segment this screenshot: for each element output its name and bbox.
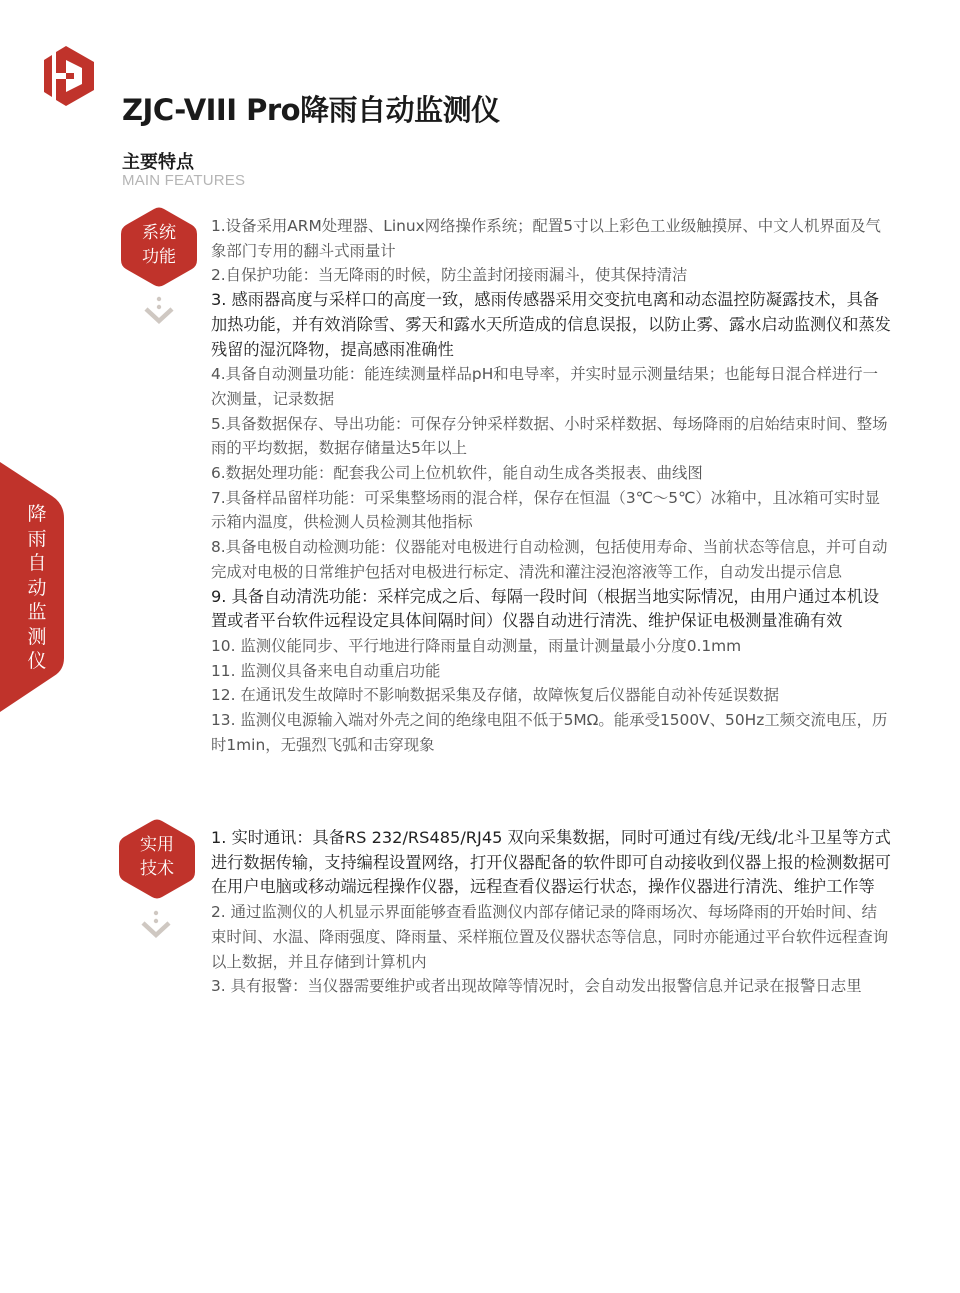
side-tab-char: 动	[22, 576, 52, 601]
system-functions-list: 1.设备采用ARM处理器、Linux网络操作系统；配置5寸以上彩色工业级触摸屏、…	[211, 214, 891, 757]
badge-label-line2: 功能	[121, 245, 197, 269]
feature-item: 9. 具备自动清洗功能：采样完成之后、每隔一段时间（根据当地实际情况，由用户通过…	[211, 585, 891, 634]
side-tab-char: 雨	[22, 527, 52, 552]
badge-label-line2: 技术	[119, 857, 195, 881]
chevron-down-icon	[142, 294, 176, 328]
badge-system-functions: 系统 功能	[121, 207, 197, 287]
feature-item: 2. 通过监测仪的人机显示界面能够查看监测仪内部存储记录的降雨场次、每场降雨的开…	[211, 900, 891, 974]
section-heading: 主要特点	[122, 148, 194, 174]
side-tab-label: 降雨自动监测仪	[22, 502, 52, 674]
feature-item: 10. 监测仪能同步、平行地进行降雨量自动测量，雨量计测量最小分度0.1mm	[211, 634, 891, 659]
badge-label-line1: 系统	[121, 221, 197, 245]
feature-item: 1. 实时通讯：具备RS 232/RS485/RJ45 双向采集数据，同时可通过…	[211, 826, 891, 900]
feature-item: 12. 在通讯发生故障时不影响数据采集及存储，故障恢复后仪器能自动补传延误数据	[211, 683, 891, 708]
feature-item: 4.具备自动测量功能：能连续测量样品pH和电导率，并实时显示测量结果；也能每日混…	[211, 362, 891, 411]
side-tab-char: 监	[22, 600, 52, 625]
feature-item: 5.具备数据保存、导出功能：可保存分钟采样数据、小时采样数据、每场降雨的启始结束…	[211, 412, 891, 461]
feature-item: 7.具备样品留样功能：可采集整场雨的混合样，保存在恒温（3℃～5℃）冰箱中，且冰…	[211, 486, 891, 535]
badge-practical-tech: 实用 技术	[119, 819, 195, 899]
feature-item: 1.设备采用ARM处理器、Linux网络操作系统；配置5寸以上彩色工业级触摸屏、…	[211, 214, 891, 263]
feature-item: 2.自保护功能：当无降雨的时候，防尘盖封闭接雨漏斗，使其保持清洁	[211, 263, 891, 288]
practical-tech-list: 1. 实时通讯：具备RS 232/RS485/RJ45 双向采集数据，同时可通过…	[211, 826, 891, 999]
badge-label-line1: 实用	[119, 833, 195, 857]
chevron-down-icon	[139, 908, 173, 942]
brand-logo-icon	[42, 46, 96, 106]
section-subheading: MAIN FEATURES	[122, 172, 245, 189]
feature-item: 6.数据处理功能：配套我公司上位机软件，能自动生成各类报表、曲线图	[211, 461, 891, 486]
side-tab-char: 降	[22, 502, 52, 527]
feature-item: 13. 监测仪电源输入端对外壳之间的绝缘电阻不低于5MΩ。能承受1500V、50…	[211, 708, 891, 757]
feature-item: 3. 具有报警：当仪器需要维护或者出现故障等情况时，会自动发出报警信息并记录在报…	[211, 974, 891, 999]
side-tab-char: 测	[22, 625, 52, 650]
feature-item: 8.具备电极自动检测功能：仪器能对电极进行自动检测，包括使用寿命、当前状态等信息…	[211, 535, 891, 584]
feature-item: 11. 监测仪具备来电自动重启功能	[211, 659, 891, 684]
feature-item: 3. 感雨器高度与采样口的高度一致，感雨传感器采用交变抗电离和动态温控防凝露技术…	[211, 288, 891, 362]
page-title: ZJC-VIII Pro降雨自动监测仪	[122, 88, 500, 129]
side-tab-char: 自	[22, 551, 52, 576]
side-tab-char: 仪	[22, 649, 52, 674]
